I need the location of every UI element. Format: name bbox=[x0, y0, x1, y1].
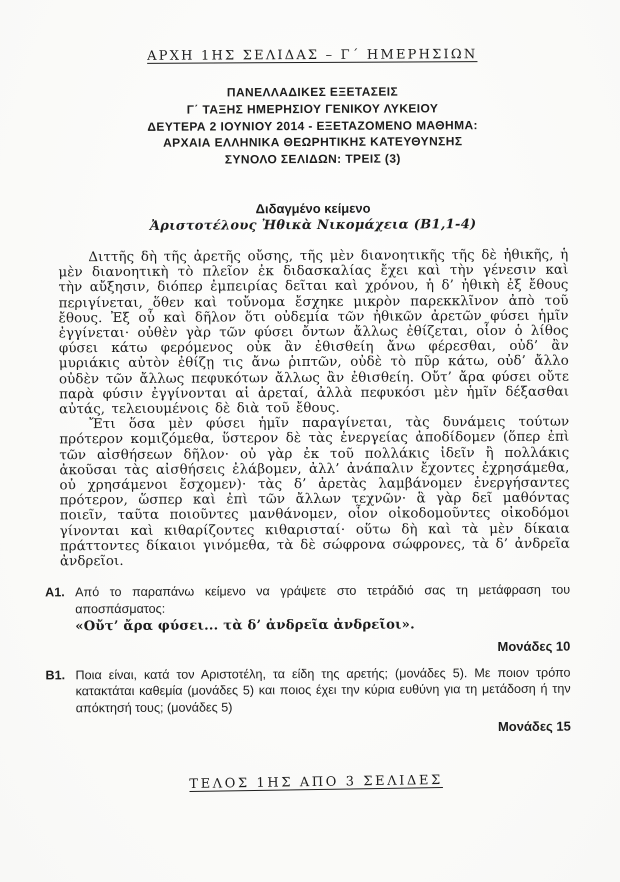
questions-section: Α1. Από το παραπάνω κείμενο να γράψετε σ… bbox=[45, 582, 571, 738]
question-a1: Α1. Από το παραπάνω κείμενο να γράψετε σ… bbox=[45, 582, 570, 637]
question-a1-quote: «Οὔτ’ ἄρα φύσει... τὰ δ’ ἀνδρεῖα ἀνδρεῖο… bbox=[75, 617, 570, 636]
scan-content: ΑΡΧΗ 1ΗΣ ΣΕΛΙΔΑΣ – Γ΄ ΗΜΕΡΗΣΙΩΝ ΠΑΝΕΛΛΑΔ… bbox=[0, 0, 620, 792]
exam-header-block: ΠΑΝΕΛΛΑΔΙΚΕΣ ΕΞΕΤΑΣΕΙΣ Γ΄ ΤΑΞΗΣ ΗΜΕΡΗΣΙΟ… bbox=[57, 83, 567, 170]
section-subtitle-source: Ἀριστοτέλους Ἠθικὰ Νικομάχεια (Β1,1-4) bbox=[58, 217, 568, 235]
question-a1-label: Α1. bbox=[45, 584, 75, 601]
passage-paragraph-1: Διττῆς δὴ τῆς ἀρετῆς οὔσης, τῆς μὲν διαν… bbox=[58, 248, 569, 418]
exam-header-line-pages: ΣΥΝΟΛΟ ΣΕΛΙΔΩΝ: ΤΡΕΙΣ (3) bbox=[58, 150, 568, 169]
ancient-greek-passage: Διττῆς δὴ τῆς ἀρετῆς οὔσης, τῆς μὲν διαν… bbox=[58, 248, 570, 570]
question-b1-text: Ποια είναι, κατά τον Αριστοτέλη, τα είδη… bbox=[75, 664, 570, 716]
question-b1-label: Β1. bbox=[45, 667, 75, 684]
page-header-running-title: ΑΡΧΗ 1ΗΣ ΣΕΛΙΔΑΣ – Γ΄ ΗΜΕΡΗΣΙΩΝ bbox=[57, 47, 567, 65]
question-a1-points: Μονάδες 10 bbox=[45, 639, 570, 658]
exam-page-scan: ΑΡΧΗ 1ΗΣ ΣΕΛΙΔΑΣ – Γ΄ ΗΜΕΡΗΣΙΩΝ ΠΑΝΕΛΛΑΔ… bbox=[0, 0, 620, 882]
question-b1-body: Ποια είναι, κατά τον Αριστοτέλη, τα είδη… bbox=[75, 664, 570, 716]
section-title: Διδαγμένο κείμενο bbox=[58, 200, 568, 218]
page-footer-end-of-page: ΤΕΛΟΣ 1ΗΣ ΑΠΟ 3 ΣΕΛΙΔΕΣ bbox=[61, 771, 571, 794]
question-b1-points: Μονάδες 15 bbox=[46, 719, 571, 738]
question-b1: Β1. Ποια είναι, κατά τον Αριστοτέλη, τα … bbox=[45, 664, 570, 717]
question-a1-text: Από το παραπάνω κείμενο να γράψετε στο τ… bbox=[75, 582, 570, 618]
question-a1-body: Από το παραπάνω κείμενο να γράψετε στο τ… bbox=[75, 582, 570, 636]
passage-paragraph-2: Ἔτι ὅσα μὲν φύσει ἡμῖν παραγίνεται, τὰς … bbox=[59, 415, 570, 570]
